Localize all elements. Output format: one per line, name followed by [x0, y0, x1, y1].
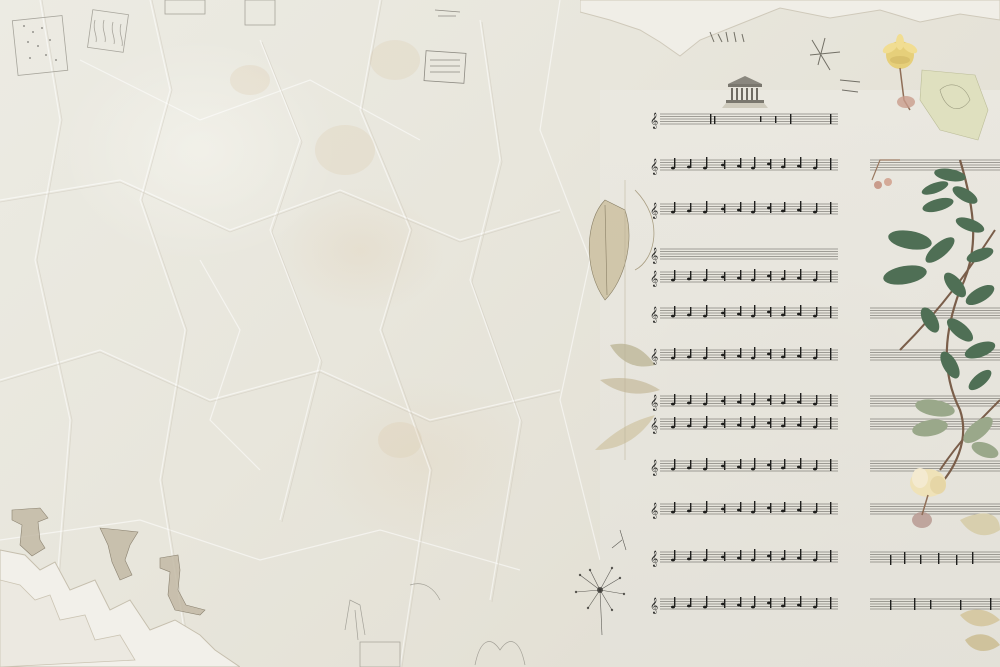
cream-flower-icon: [910, 468, 946, 528]
figure-sketch-1: [12, 508, 48, 556]
bottom-pencil-sketches: [330, 580, 570, 667]
figure-sketch-3: [160, 555, 205, 615]
center-top-sketches: [420, 0, 520, 100]
music-staves-left: 𝄞: [650, 100, 840, 620]
dandelion-sketch: [560, 520, 640, 640]
green-vine: [860, 30, 1000, 550]
top-music-doodles: [700, 20, 870, 110]
top-left-sketches: [0, 0, 300, 100]
torn-paper-bottom-left: [0, 500, 240, 667]
tan-leaves-bottom-right: [950, 600, 1000, 667]
figure-sketch-2: [100, 528, 138, 580]
collage-canvas: 𝄞: [0, 0, 1000, 667]
yellow-flower-icon: [881, 34, 919, 110]
pressed-leaves-left: [575, 180, 675, 470]
